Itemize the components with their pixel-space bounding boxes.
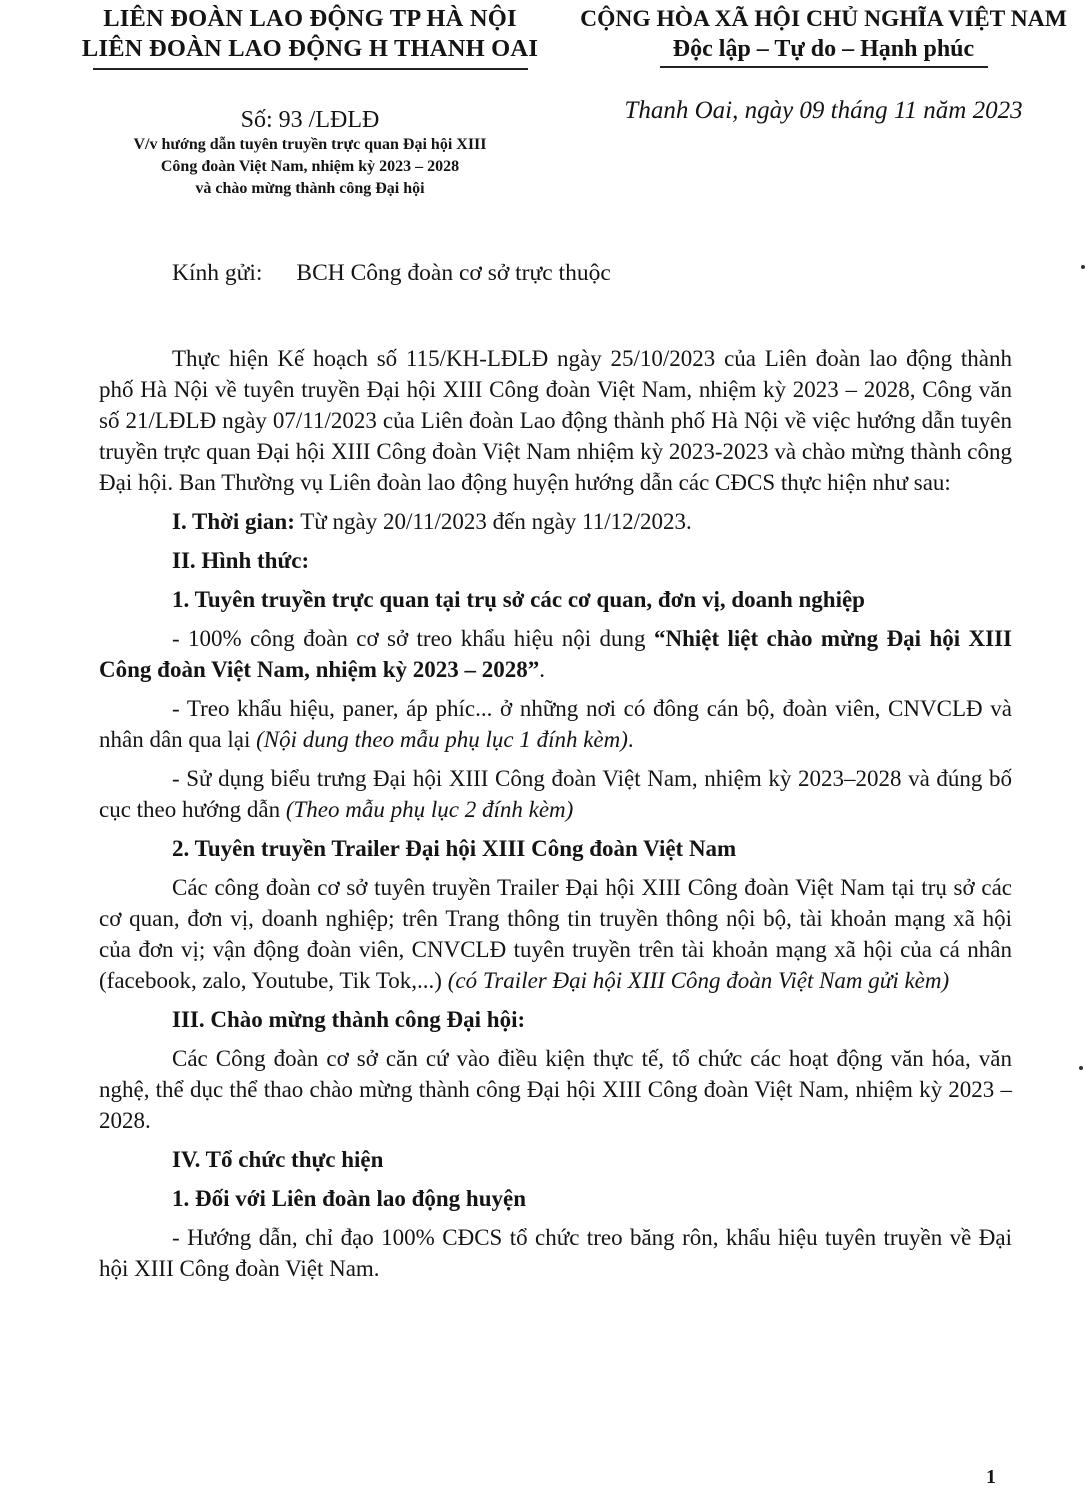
bullet-logo: - Sử dụng biểu trưng Đại hội XIII Công đ… — [99, 763, 1012, 825]
appendix-2-note: (Theo mẫu phụ lục 2 đính kèm) — [286, 797, 573, 822]
motto-underline — [660, 66, 988, 68]
subject-line-3: và chào mừng thành công Đại hội — [60, 178, 560, 200]
appendix-1-note: (Nội dung theo mẫu phụ lục 1 đính kèm) — [256, 727, 628, 752]
trailer-attachment-note: (có Trailer Đại hội XIII Công đoàn Việt … — [448, 968, 949, 993]
section-celebration-heading: III. Chào mừng thành công Đại hội: — [99, 1004, 1012, 1035]
bullet-slogan: - 100% công đoàn cơ sở treo khẩu hiệu nộ… — [99, 623, 1012, 685]
district-bullet: - Hướng dẫn, chỉ đạo 100% CĐCS tổ chức t… — [99, 1222, 1012, 1284]
subject-line-2: Công đoàn Việt Nam, nhiệm kỳ 2023 – 2028 — [60, 156, 560, 178]
issuing-agency-name: LIÊN ĐOÀN LAO ĐỘNG H THANH OAI — [60, 34, 560, 64]
section-form-heading: II. Hình thức: — [99, 545, 1012, 576]
recipient-label: Kính gửi: — [172, 260, 262, 286]
section-implementation-heading: IV. Tổ chức thực hiện — [99, 1144, 1012, 1175]
subsection-trailer-heading: 2. Tuyên truyền Trailer Đại hội XIII Côn… — [99, 833, 1012, 864]
subsection-visual-heading: 1. Tuyên truyền trực quan tại trụ sở các… — [99, 584, 1012, 615]
document-body: Thực hiện Kế hoạch số 115/KH-LĐLĐ ngày 2… — [99, 343, 1012, 1284]
document-number: Số: 93 /LĐLĐ — [60, 106, 560, 134]
issuing-agency-block: LIÊN ĐOÀN LAO ĐỘNG TP HÀ NỘI LIÊN ĐOÀN L… — [60, 4, 560, 200]
bullet-banners: - Treo khẩu hiệu, paner, áp phíc... ở nh… — [99, 693, 1012, 755]
intro-paragraph: Thực hiện Kế hoạch số 115/KH-LĐLĐ ngày 2… — [99, 343, 1012, 498]
subsection-district-heading: 1. Đối với Liên đoàn lao động huyện — [99, 1183, 1012, 1214]
recipient-name: BCH Công đoàn cơ sở trực thuộc — [296, 260, 610, 286]
national-title: CỘNG HÒA XÃ HỘI CHỦ NGHĨA VIỆT NAM — [560, 4, 1087, 34]
recipient-line: Kính gửi:BCH Công đoàn cơ sở trực thuộc — [172, 260, 611, 287]
subject-line-1: V/v hướng dẫn tuyên truyền trực quan Đại… — [60, 134, 560, 156]
parent-agency-name: LIÊN ĐOÀN LAO ĐỘNG TP HÀ NỘI — [60, 4, 560, 34]
section-time-label: I. Thời gian: — [172, 509, 295, 534]
bullet-slogan-end: . — [539, 657, 545, 682]
agency-underline — [93, 68, 528, 70]
section-time-text: Từ ngày 20/11/2023 đến ngày 11/12/2023. — [295, 509, 692, 534]
bullet-banners-end: . — [628, 727, 634, 752]
national-motto: Độc lập – Tự do – Hạnh phúc — [560, 34, 1087, 64]
scan-mark — [1081, 265, 1085, 269]
page-number: 1 — [986, 1466, 996, 1489]
trailer-paragraph: Các công đoàn cơ sở tuyên truyền Trailer… — [99, 872, 1012, 996]
national-header-block: CỘNG HÒA XÃ HỘI CHỦ NGHĨA VIỆT NAM Độc l… — [560, 4, 1087, 126]
celebration-paragraph: Các Công đoàn cơ sở căn cứ vào điều kiện… — [99, 1043, 1012, 1136]
scan-mark — [1079, 1066, 1083, 1070]
bullet-slogan-text: - 100% công đoàn cơ sở treo khẩu hiệu nộ… — [172, 626, 654, 651]
section-time: I. Thời gian: Từ ngày 20/11/2023 đến ngà… — [99, 506, 1012, 537]
place-date: Thanh Oai, ngày 09 tháng 11 năm 2023 — [560, 96, 1087, 126]
